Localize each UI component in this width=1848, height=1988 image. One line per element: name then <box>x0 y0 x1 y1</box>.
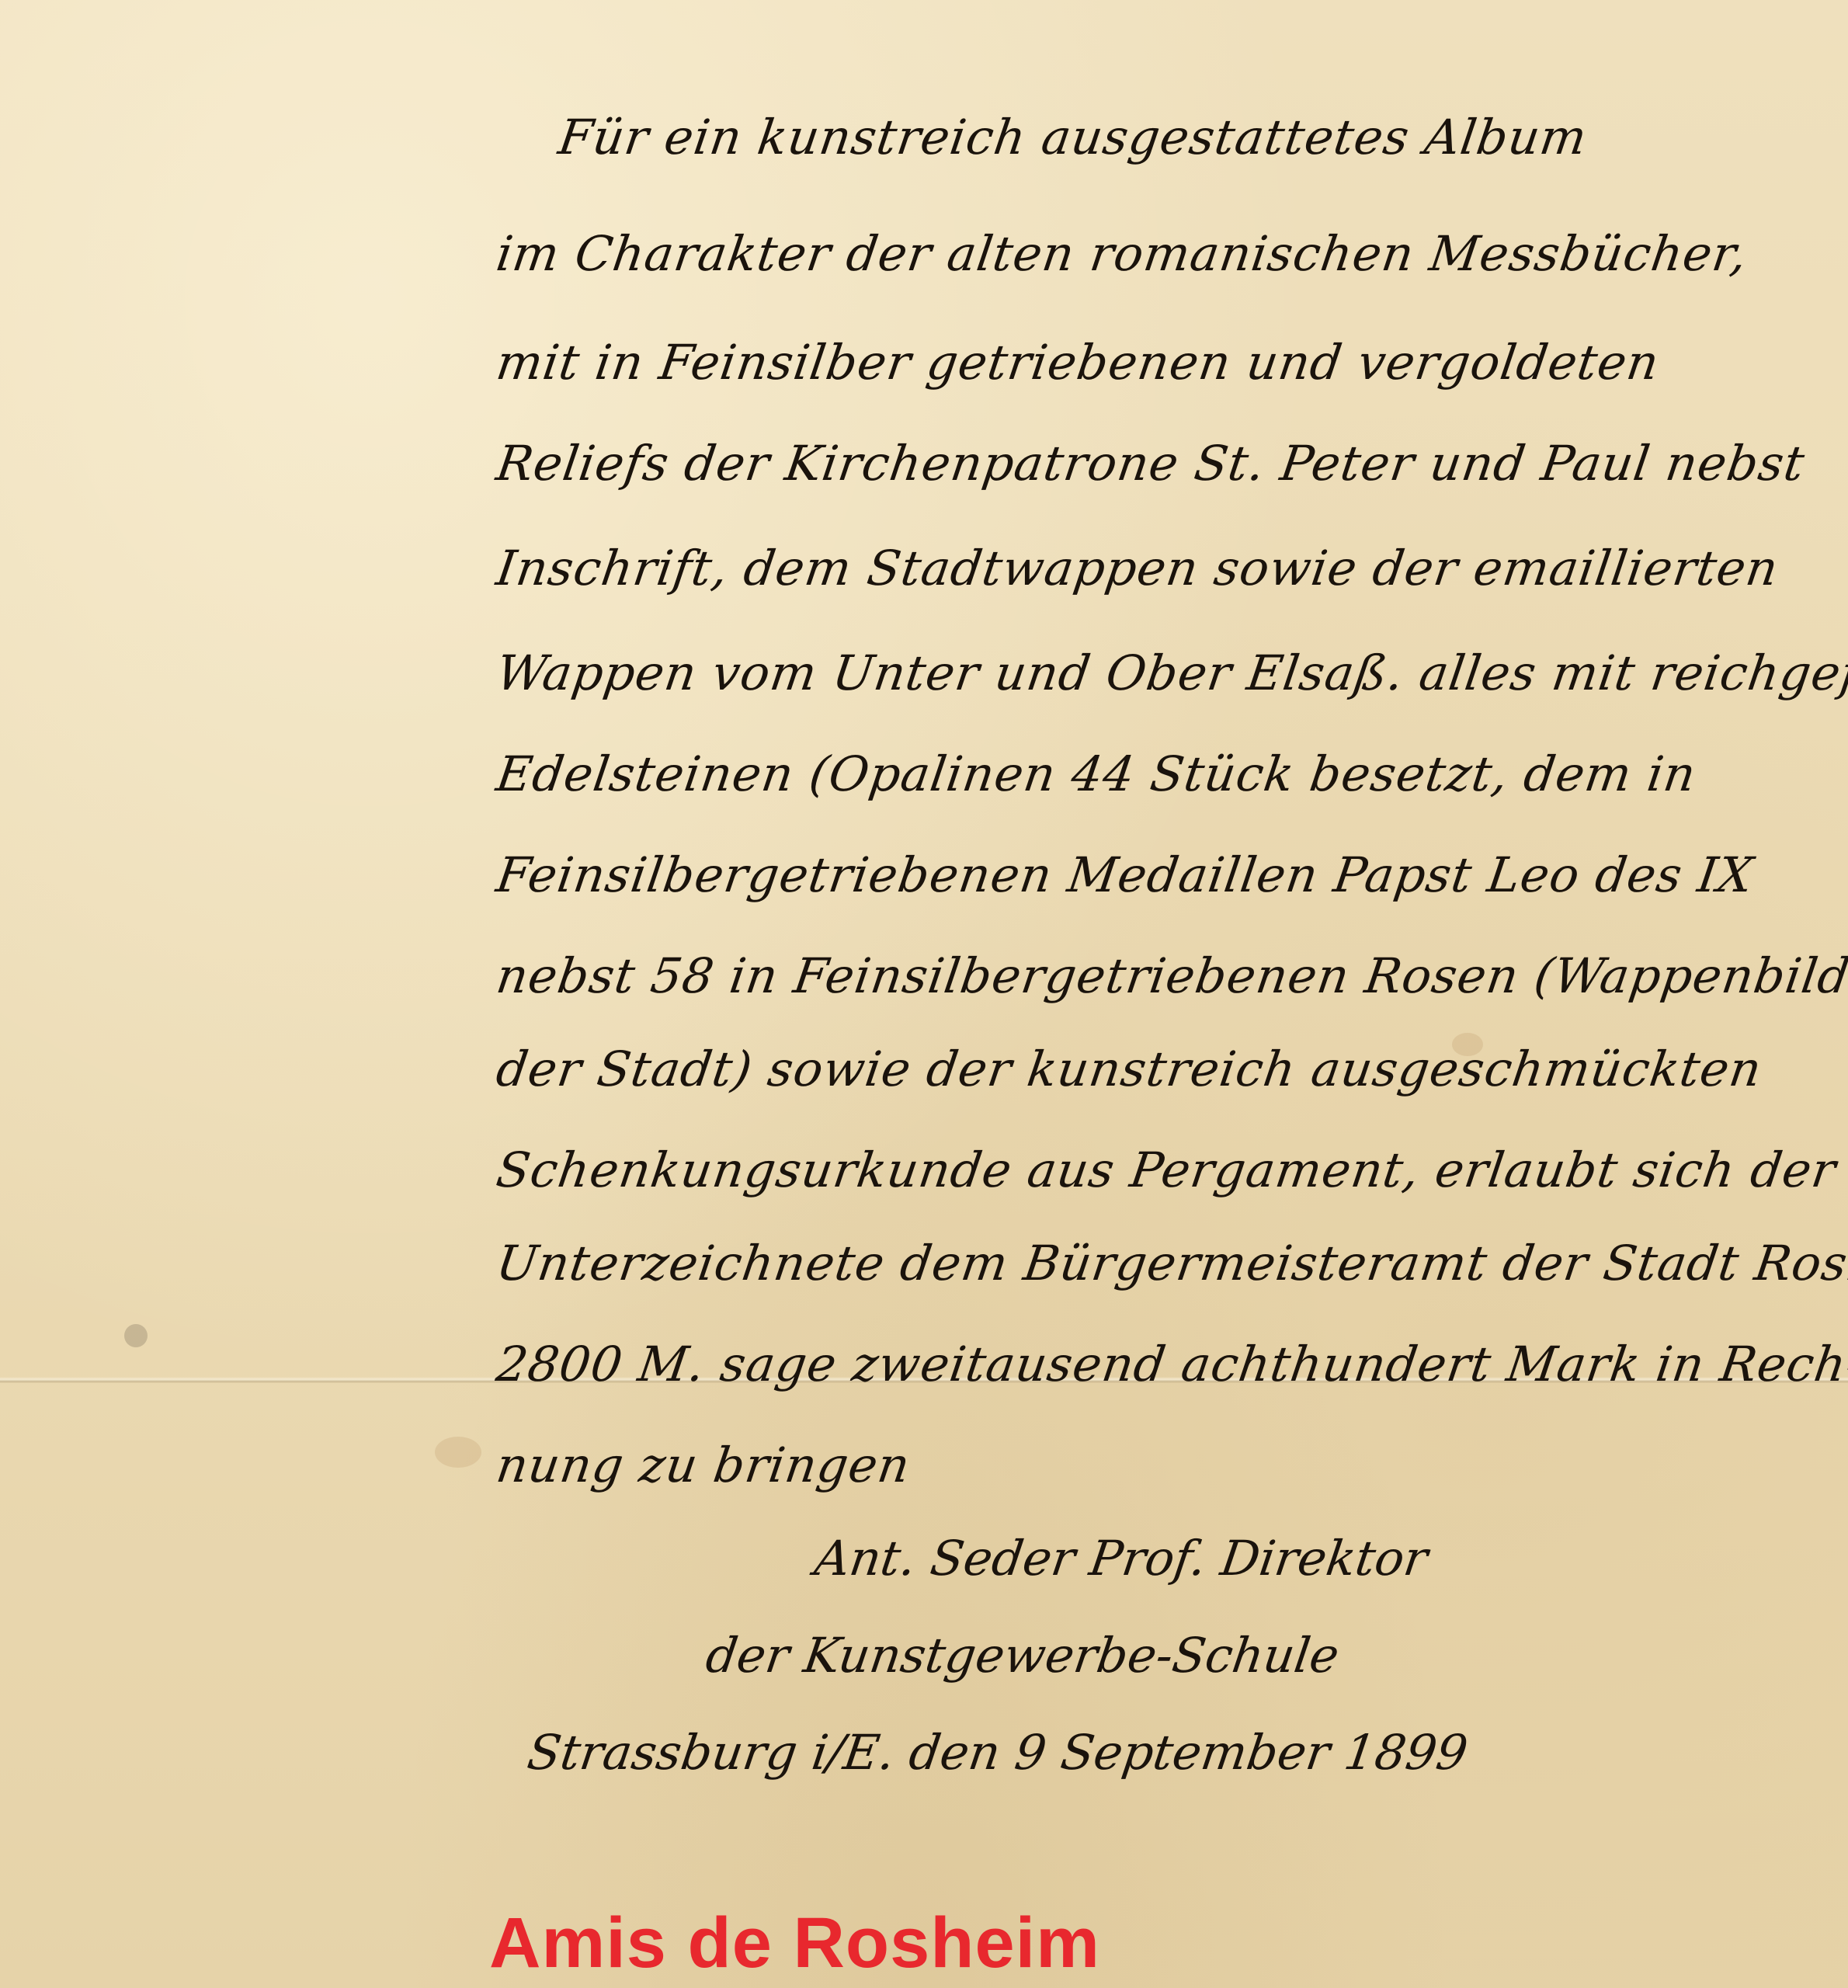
body-line: Reliefs der Kirchenpatrone St. Peter und… <box>493 435 1808 492</box>
body-line: 2800 M. sage zweitausend achthundert Mar… <box>493 1336 1848 1392</box>
signature-place-date: Strassburg i/E. den 9 September 1899 <box>524 1724 1471 1781</box>
paper-stain <box>435 1437 481 1468</box>
body-line: Schenkungsurkunde aus Pergament, erlaubt… <box>493 1142 1840 1198</box>
paper-stain <box>124 1324 148 1347</box>
body-line: nung zu bringen <box>493 1437 914 1493</box>
signature-name: Ant. Seder Prof. Direktor <box>811 1530 1431 1587</box>
body-line: Inschrift, dem Stadtwappen sowie der ema… <box>493 540 1782 596</box>
body-line: nebst 58 in Feinsilbergetriebenen Rosen … <box>493 947 1848 1004</box>
signature-school: der Kunstgewerbe-Schule <box>703 1627 1343 1684</box>
body-line: im Charakter der alten romanischen Messb… <box>493 225 1751 282</box>
body-line: der Stadt) sowie der kunstreich ausgesch… <box>493 1041 1766 1097</box>
body-line: Edelsteinen (Opalinen 44 Stück besetzt, … <box>493 745 1700 802</box>
watermark-label: Amis de Rosheim <box>489 1903 1100 1984</box>
body-line: Feinsilbergetriebenen Medaillen Papst Le… <box>493 846 1757 903</box>
body-line: Wappen vom Unter und Ober Elsaß. alles m… <box>493 645 1848 701</box>
body-line: Unterzeichnete dem Bürgermeisteramt der … <box>493 1235 1848 1291</box>
body-line: Für ein kunstreich ausgestattetes Album <box>555 109 1591 165</box>
body-line: mit in Feinsilber getriebenen und vergol… <box>493 334 1663 391</box>
